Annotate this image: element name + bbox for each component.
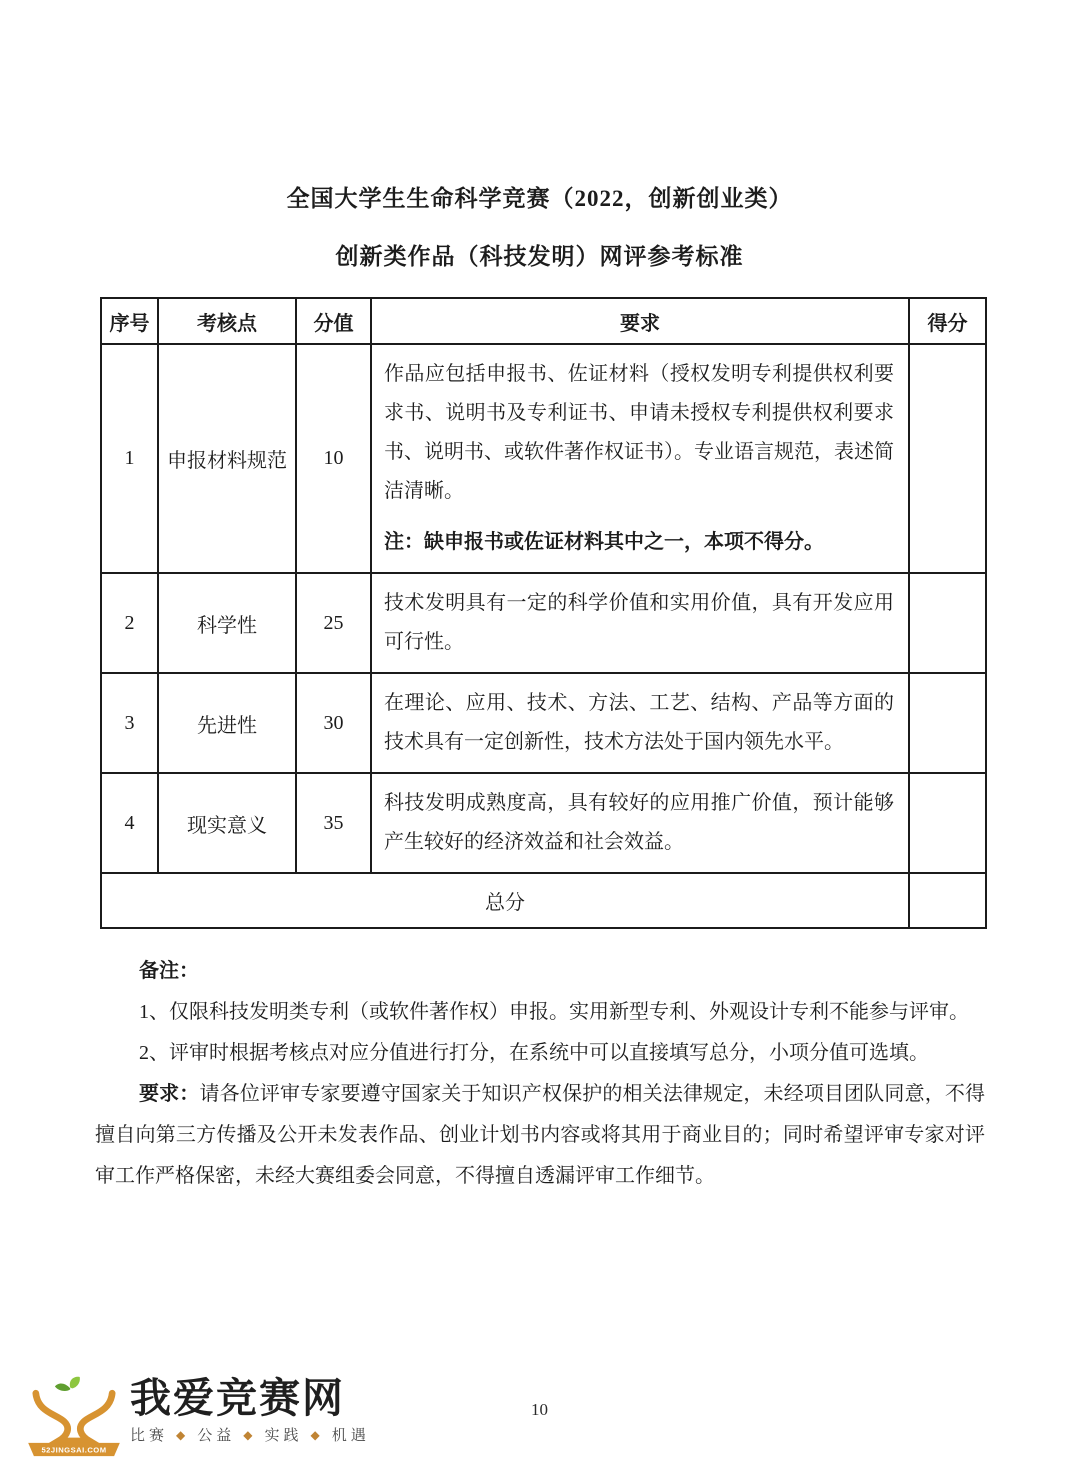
- tagline-dot-icon: ◆: [311, 1428, 324, 1442]
- row-serial: 4: [101, 773, 158, 873]
- row-requirement: 科技发明成熟度高，具有较好的应用推广价值，预计能够产生较好的经济效益和社会效益。: [371, 773, 909, 873]
- tagline-item: 实践: [265, 1424, 303, 1445]
- row-earned-cell: [909, 773, 986, 873]
- tagline-dot-icon: ◆: [176, 1428, 189, 1442]
- notes-heading: 备注：: [95, 951, 985, 992]
- table-row: 1 申报材料规范 10 作品应包括申报书、佐证材料（授权发明专利提供权利要求书、…: [101, 344, 986, 573]
- header-requirement: 要求: [371, 298, 909, 344]
- document-title: 全国大学生生命科学竞赛（2022，创新创业类）: [0, 0, 1079, 213]
- row-earned-cell: [909, 344, 986, 573]
- leaf-icon: [70, 1377, 80, 1389]
- row-serial: 3: [101, 673, 158, 773]
- row-score: 35: [296, 773, 371, 873]
- total-label: 总分: [101, 873, 909, 928]
- row-requirement: 在理论、应用、技术、方法、工艺、结构、产品等方面的技术具有一定创新性，技术方法处…: [371, 673, 909, 773]
- document-page: 全国大学生生命科学竞赛（2022，创新创业类） 创新类作品（科技发明）网评参考标…: [0, 0, 1079, 1464]
- tagline-dot-icon: ◆: [243, 1428, 256, 1442]
- row-earned-cell: [909, 673, 986, 773]
- table-total-row: 总分: [101, 873, 986, 928]
- row-criterion: 现实意义: [158, 773, 296, 873]
- header-serial: 序号: [101, 298, 158, 344]
- row-score: 25: [296, 573, 371, 673]
- row-serial: 1: [101, 344, 158, 573]
- tagline-item: 机遇: [332, 1424, 370, 1445]
- row-requirement: 技术发明具有一定的科学价值和实用价值，具有开发应用可行性。: [371, 573, 909, 673]
- notes-section: 备注： 1、仅限科技发明类专利（或软件著作权）申报。实用新型专利、外观设计专利不…: [95, 951, 985, 1197]
- row-criterion: 申报材料规范: [158, 344, 296, 573]
- table-row: 2 科学性 25 技术发明具有一定的科学价值和实用价值，具有开发应用可行性。: [101, 573, 986, 673]
- logo-domain-text: 52JINGSAI.COM: [41, 1445, 106, 1454]
- row-criterion: 科学性: [158, 573, 296, 673]
- requirement-note: 注：缺申报书或佐证材料其中之一，本项不得分。: [384, 523, 894, 562]
- document-subtitle: 创新类作品（科技发明）网评参考标准: [0, 238, 1079, 271]
- note-requirement-text: 请各位评审专家要遵守国家关于知识产权保护的相关法律规定，未经项目团队同意，不得擅…: [95, 1083, 985, 1187]
- tagline-item: 比赛: [130, 1424, 168, 1445]
- row-criterion: 先进性: [158, 673, 296, 773]
- row-score: 10: [296, 344, 371, 573]
- leaf-icon: [55, 1384, 70, 1391]
- scoring-rubric-table: 序号 考核点 分值 要求 得分 1 申报材料规范 10 作品应包括申报书、佐证材…: [100, 297, 987, 929]
- note-item-1: 1、仅限科技发明类专利（或软件著作权）申报。实用新型专利、外观设计专利不能参与评…: [95, 992, 985, 1033]
- row-serial: 2: [101, 573, 158, 673]
- table-row: 3 先进性 30 在理论、应用、技术、方法、工艺、结构、产品等方面的技术具有一定…: [101, 673, 986, 773]
- header-criterion: 考核点: [158, 298, 296, 344]
- header-earned: 得分: [909, 298, 986, 344]
- table-row: 4 现实意义 35 科技发明成熟度高，具有较好的应用推广价值，预计能够产生较好的…: [101, 773, 986, 873]
- header-score: 分值: [296, 298, 371, 344]
- page-number: 10: [0, 1400, 1079, 1420]
- note-requirement-label: 要求：: [139, 1083, 199, 1105]
- note-requirement: 要求：请各位评审专家要遵守国家关于知识产权保护的相关法律规定，未经项目团队同意，…: [95, 1074, 985, 1197]
- row-earned-cell: [909, 573, 986, 673]
- logo-tagline: 比赛 ◆ 公益 ◆ 实践 ◆ 机遇: [130, 1424, 370, 1445]
- total-earned-cell: [909, 873, 986, 928]
- tagline-item: 公益: [197, 1424, 235, 1445]
- note-item-2: 2、评审时根据考核点对应分值进行打分，在系统中可以直接填写总分，小项分值可选填。: [95, 1033, 985, 1074]
- requirement-text: 作品应包括申报书、佐证材料（授权发明专利提供权利要求书、说明书及专利证书、申请未…: [384, 355, 894, 511]
- table-header-row: 序号 考核点 分值 要求 得分: [101, 298, 986, 344]
- row-score: 30: [296, 673, 371, 773]
- row-requirement: 作品应包括申报书、佐证材料（授权发明专利提供权利要求书、说明书及专利证书、申请未…: [371, 344, 909, 573]
